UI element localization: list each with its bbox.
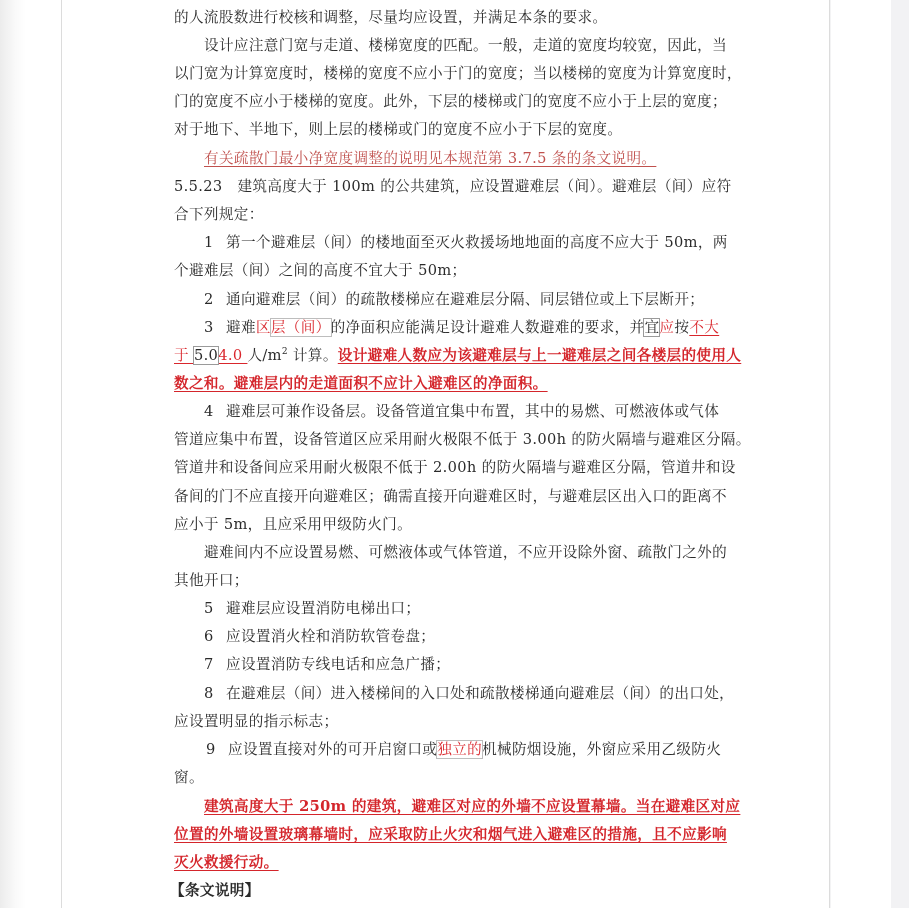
insertion: 不大 — [689, 319, 719, 336]
deletion-box: 5.0 — [194, 347, 218, 364]
insertion: 设计避难人数应为该避难层与上一避难层之间各楼层的使用人 — [338, 347, 741, 364]
text-line: 对于地下、半地下，则上层的楼梯或门的宽度不应小于下层的宽度。 — [174, 120, 736, 140]
item-number: 6 — [204, 627, 226, 647]
item-number: 9 — [206, 740, 228, 760]
list-item-5: 5避难层应设置消防电梯出口； — [204, 599, 736, 619]
item-text: 通向避难层（间）的疏散楼梯应在避难层分隔、同层错位或上下层断开； — [226, 291, 704, 308]
item-text: 避难 — [226, 319, 256, 336]
text-line: 其他开口； — [174, 571, 736, 591]
item-number: 3 — [204, 318, 226, 338]
item-number: 7 — [204, 655, 226, 675]
text-line: 应设置明显的指示标志； — [174, 712, 736, 732]
list-item-2: 2通向避难层（间）的疏散楼梯应在避难层分隔、同层错位或上下层断开； — [204, 290, 736, 310]
insertion: 建筑高度大于 250m 的建筑，避难区对应的外墙不应设置幕墙。当在避难区对应 — [204, 798, 740, 815]
list-item-9: 9应设置直接对外的可开启窗口或独立的机械防烟设施，外窗应采用乙级防火 — [206, 740, 736, 760]
text-line: 避难间内不应设置易燃、可燃液体或气体管道，不应开设除外窗、疏散门之外的 — [204, 543, 736, 563]
text-line: 以门宽为计算宽度时，楼梯的宽度不应小于门的宽度；当以楼梯的宽度为计算宽度时， — [174, 64, 736, 84]
text-line: 管道井和设备间应采用耐火极限不低于 2.00h 的防火隔墙与避难区分隔，管道井和… — [174, 458, 736, 478]
revision-note: 有关疏散门最小净宽度调整的说明见本规范第 3.7.5 条的条文说明。 — [204, 149, 736, 169]
item-number: 8 — [204, 684, 226, 704]
text-line: 个避难层（间）之间的高度不宜大于 50m； — [174, 261, 736, 281]
item-text: 计算。 — [288, 347, 338, 364]
item-text: 在避难层（间）进入楼梯间的入口处和疏散楼梯通向避难层（间）的出口处， — [226, 685, 734, 702]
list-item-8: 8在避难层（间）进入楼梯间的入口处和疏散楼梯通向避难层（间）的出口处， — [204, 684, 736, 704]
section-label: 【条文说明】 — [170, 881, 732, 901]
left-margin — [0, 0, 61, 908]
list-item-6: 6应设置消火栓和消防软管卷盘； — [204, 627, 736, 647]
unit-text: 人/m — [247, 347, 281, 364]
item-text: 应设置消火栓和消防软管卷盘； — [226, 628, 435, 645]
list-item-3: 3避难区层（间）的净面积应能满足设计避难人数避难的要求，并宜应按不大 — [204, 318, 736, 338]
text-line: 窗。 — [174, 768, 736, 788]
item-text: 避难层可兼作设备层。设备管道宜集中布置，其中的易燃、可燃液体或气体 — [226, 403, 719, 420]
right-margin — [831, 0, 891, 908]
insertion: 独立的 — [437, 741, 482, 758]
item-text: 避难层应设置消防电梯出口； — [226, 600, 420, 617]
item-number: 4 — [204, 402, 226, 422]
list-item-1: 1第一个避难层（间）的楼地面至灭火救援场地地面的高度不应大于 50m，两 — [204, 233, 736, 253]
clause-heading: 5.5.23 建筑高度大于 100m 的公共建筑，应设置避难层（间）。避难层（间… — [174, 177, 736, 197]
item-text: 应设置消防专线电话和应急广播； — [226, 656, 450, 673]
insertion: 4.0 — [218, 347, 247, 364]
text-line: 位置的外墙设置玻璃幕墙时，应采取防止火灾和烟气进入避难区的措施，且不应影响 — [174, 825, 736, 845]
insertion: 于 — [174, 347, 194, 364]
item-text: 第一个避难层（间）的楼地面至灭火救援场地地面的高度不应大于 50m，两 — [226, 234, 728, 251]
deletion-box: 层（间） — [271, 319, 331, 336]
item-number: 1 — [204, 233, 226, 253]
text-line: 门的宽度不应小于楼梯的宽度。此外，下层的楼梯或门的宽度不应小于上层的宽度； — [174, 92, 736, 112]
item-text: 应设置直接对外的可开启窗口或 — [228, 741, 437, 758]
note-text: 有关疏散门最小净宽度调整的说明见本规范第 3.7.5 条的条文说明。 — [204, 150, 656, 167]
item-text: 的净面积应能满足设计避难人数避难的要求，并 — [331, 319, 645, 336]
text-line: 管道应集中布置，设备管道区应采用耐火极限不低于 3.00h 的防火隔墙与避难区分… — [174, 430, 736, 450]
text-line: 数之和。避难层内的走道面积不应计入避难区的净面积。 — [174, 374, 736, 394]
insertion: 区 — [256, 319, 271, 336]
text-line: 建筑高度大于 250m 的建筑，避难区对应的外墙不应设置幕墙。当在避难区对应 — [204, 797, 736, 817]
text-line: 设计应注意门宽与走道、楼梯宽度的匹配。一般，走道的宽度均较宽，因此，当 — [204, 36, 736, 56]
item-text: 机械防烟设施，外窗应采用乙级防火 — [482, 741, 721, 758]
text-line: 应小于 5m，且应采用甲级防火门。 — [174, 515, 736, 535]
text-line: 合下列规定： — [174, 205, 736, 225]
insertion: 灭火救援行动。 — [174, 854, 279, 871]
list-item-4: 4避难层可兼作设备层。设备管道宜集中布置，其中的易燃、可燃液体或气体 — [204, 402, 736, 422]
text-line: 于 5.04.0 人/m2 计算。设计避难人数应为该避难层与上一避难层之间各楼层… — [174, 346, 736, 366]
text-line: 的人流股数进行校核和调整，尽量均应设置，并满足本条的要求。 — [174, 8, 736, 28]
item-number: 5 — [204, 599, 226, 619]
deletion-box: 宜 — [644, 319, 659, 336]
item-text: 按 — [674, 319, 689, 336]
text-line: 灭火救援行动。 — [174, 853, 736, 873]
scrollbar-track[interactable] — [891, 0, 909, 908]
item-number: 2 — [204, 290, 226, 310]
text-line: 备间的门不应直接开向避难区；确需直接开向避难区时，与避难层区出入口的距离不 — [174, 487, 736, 507]
insertion: 数之和。避难层内的走道面积不应计入避难区的净面积。 — [174, 375, 548, 392]
insertion: 应 — [659, 319, 674, 336]
list-item-7: 7应设置消防专线电话和应急广播； — [204, 655, 736, 675]
insertion: 位置的外墙设置玻璃幕墙时，应采取防止火灾和烟气进入避难区的措施，且不应影响 — [174, 826, 727, 843]
